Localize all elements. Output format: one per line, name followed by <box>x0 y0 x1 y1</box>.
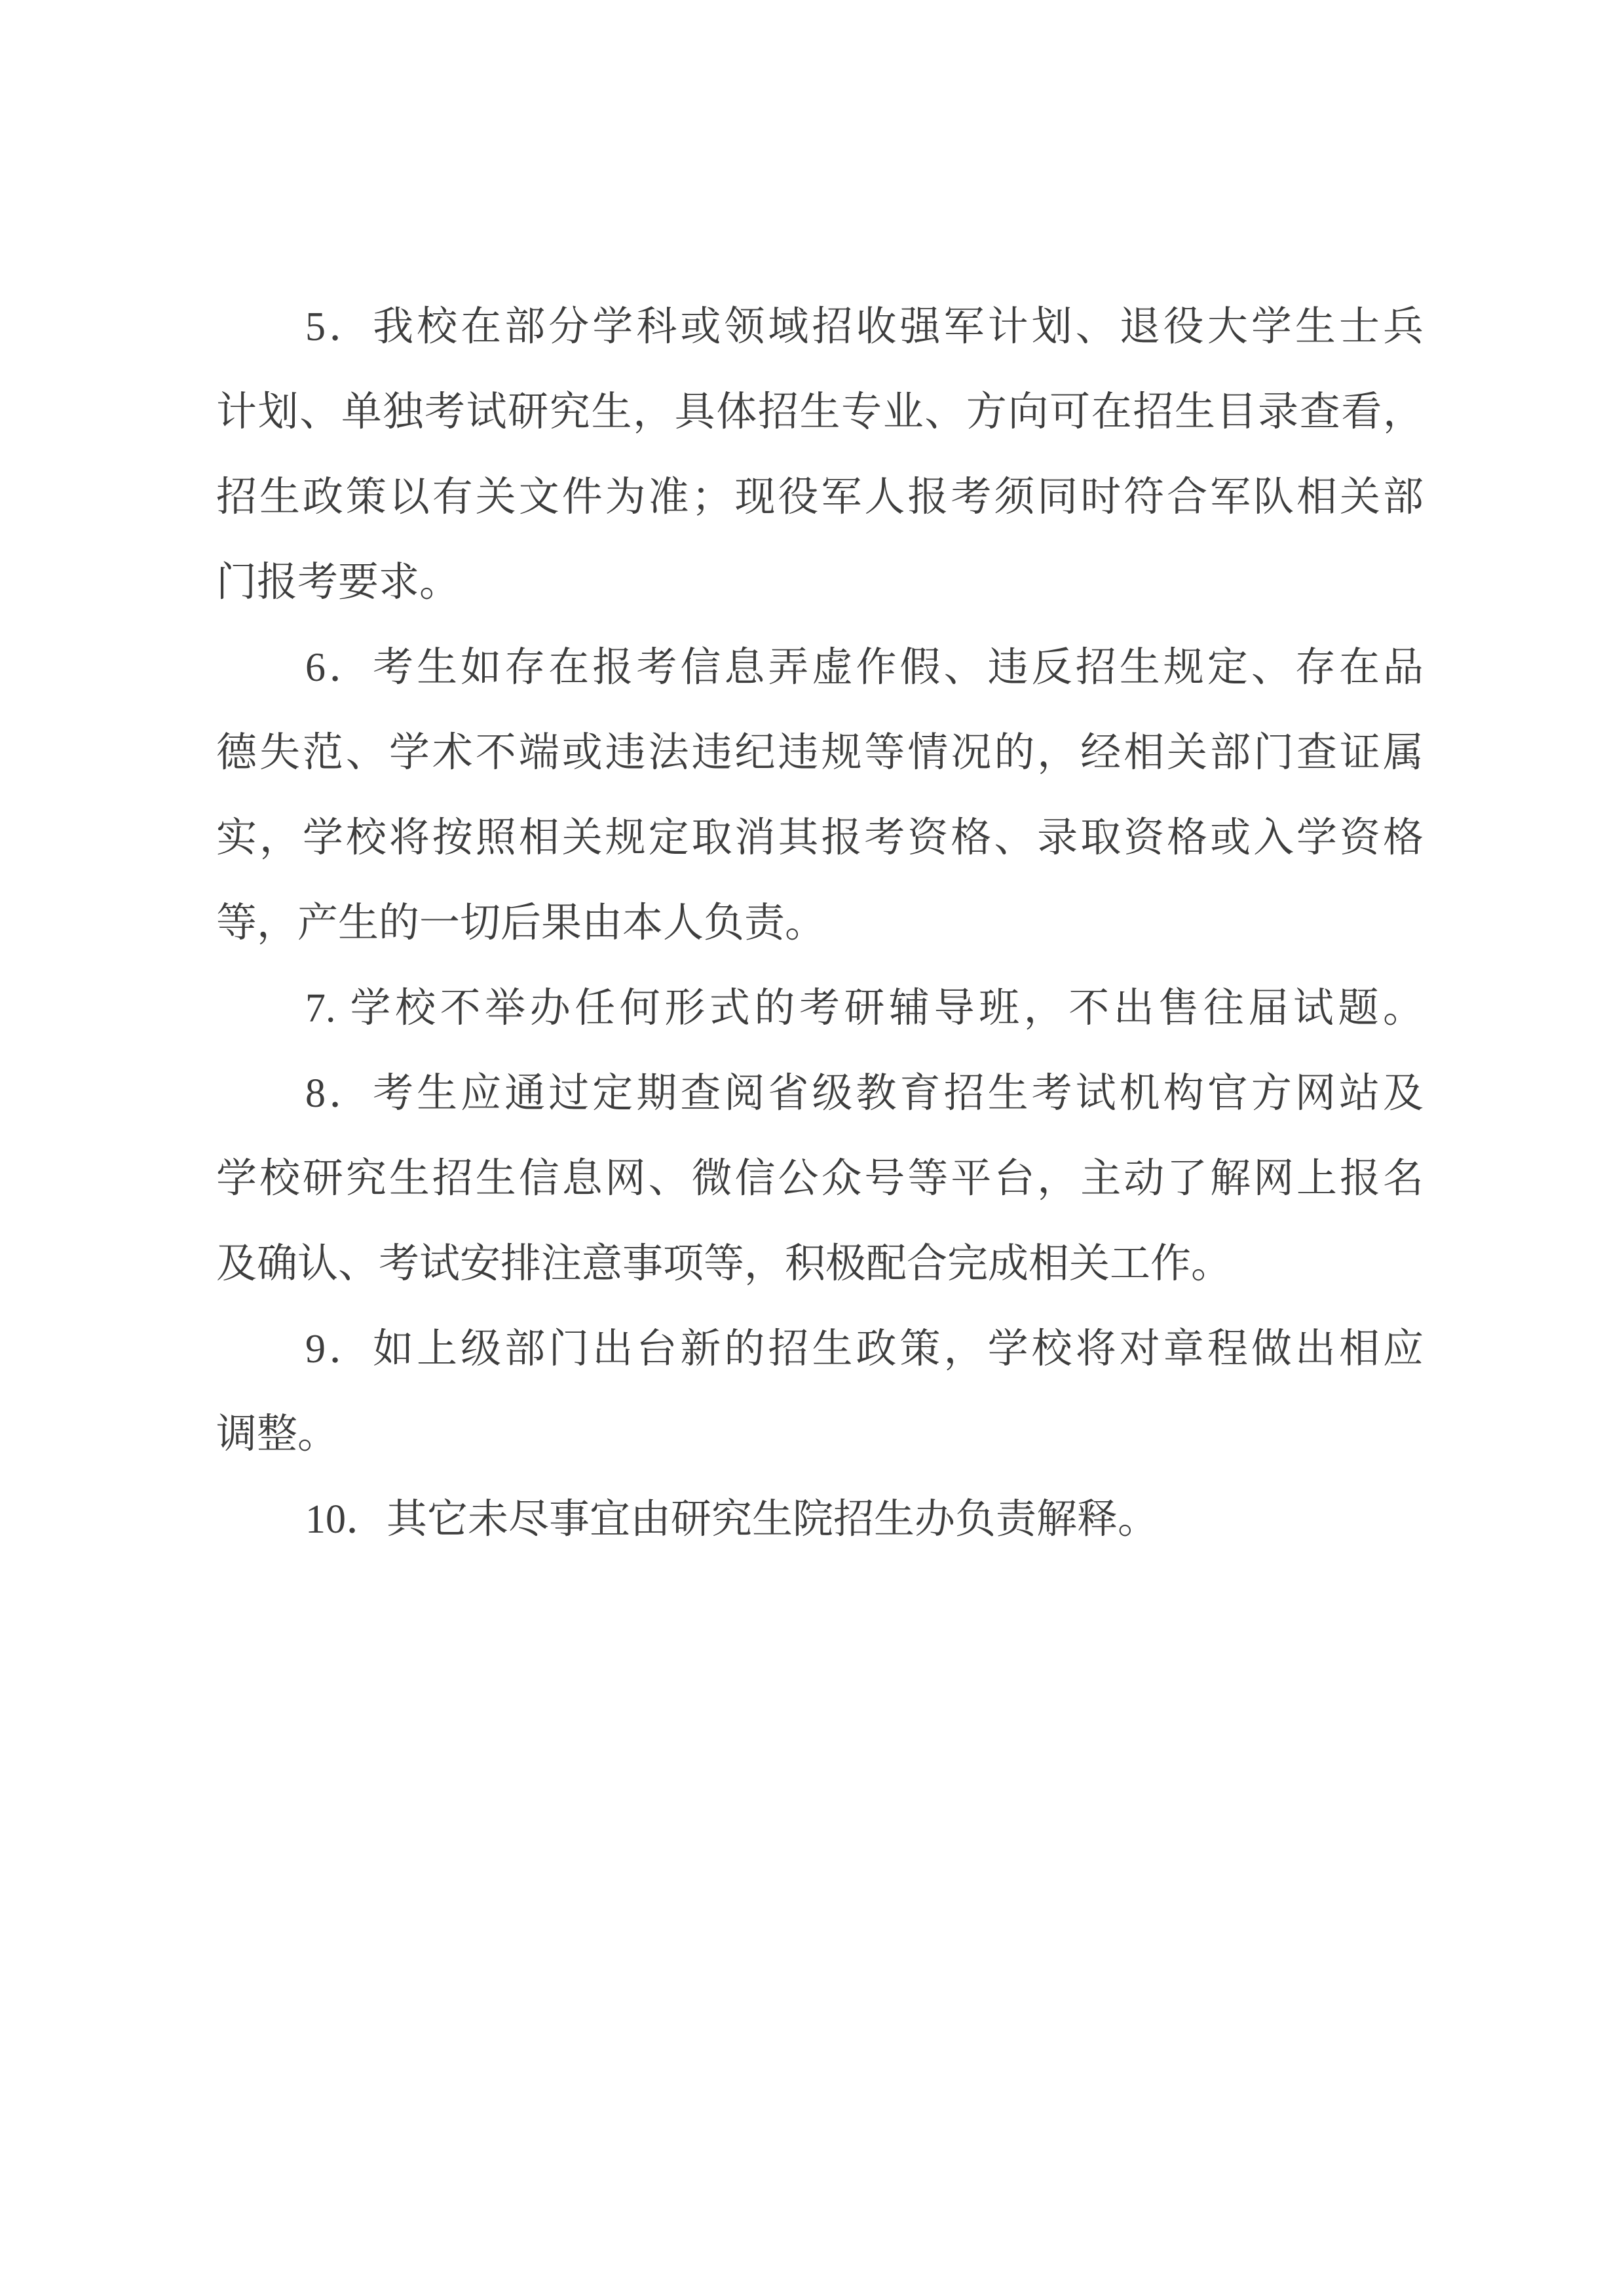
text-line: 及确认、考试安排注意事项等，积极配合完成相关工作。 <box>216 1221 1424 1307</box>
paragraph-item-9: 9．如上级部门出台新的招生政策，学校将对章程做出相应调整。 <box>216 1307 1424 1477</box>
text-content: 5．我校在部分学科或领域招收强军计划、退役大学生士兵计划、单独考试研究生，具体招… <box>216 284 1424 1562</box>
text-line: 7. 学校不举办任何形式的考研辅导班，不出售往届试题。 <box>216 966 1424 1051</box>
paragraph-item-10: 10．其它未尽事宜由研究生院招生办负责解释。 <box>216 1477 1424 1562</box>
text-line: 8．考生应通过定期查阅省级教育招生考试机构官方网站及 <box>216 1051 1424 1136</box>
text-line: 实，学校将按照相关规定取消其报考资格、录取资格或入学资格 <box>216 795 1424 881</box>
text-line: 等，产生的一切后果由本人负责。 <box>216 881 1424 966</box>
text-line: 计划、单独考试研究生，具体招生专业、方向可在招生目录查看， <box>216 370 1424 455</box>
paragraph-item-7: 7. 学校不举办任何形式的考研辅导班，不出售往届试题。 <box>216 966 1424 1051</box>
text-line: 调整。 <box>216 1392 1424 1477</box>
paragraph-item-6: 6．考生如存在报考信息弄虚作假、违反招生规定、存在品德失范、学术不端或违法违纪违… <box>216 625 1424 966</box>
text-line: 学校研究生招生信息网、微信公众号等平台，主动了解网上报名 <box>216 1136 1424 1221</box>
text-line: 德失范、学术不端或违法违纪违规等情况的，经相关部门查证属 <box>216 710 1424 795</box>
text-line: 招生政策以有关文件为准；现役军人报考须同时符合军队相关部 <box>216 455 1424 540</box>
text-line: 门报考要求。 <box>216 540 1424 625</box>
text-line: 6．考生如存在报考信息弄虚作假、违反招生规定、存在品 <box>216 625 1424 710</box>
paragraph-item-5: 5．我校在部分学科或领域招收强军计划、退役大学生士兵计划、单独考试研究生，具体招… <box>216 284 1424 625</box>
text-line: 9．如上级部门出台新的招生政策，学校将对章程做出相应 <box>216 1307 1424 1392</box>
text-line: 10．其它未尽事宜由研究生院招生办负责解释。 <box>216 1477 1424 1562</box>
document-page: 5．我校在部分学科或领域招收强军计划、退役大学生士兵计划、单独考试研究生，具体招… <box>0 0 1624 2296</box>
text-line: 5．我校在部分学科或领域招收强军计划、退役大学生士兵 <box>216 284 1424 370</box>
paragraph-item-8: 8．考生应通过定期查阅省级教育招生考试机构官方网站及学校研究生招生信息网、微信公… <box>216 1051 1424 1307</box>
